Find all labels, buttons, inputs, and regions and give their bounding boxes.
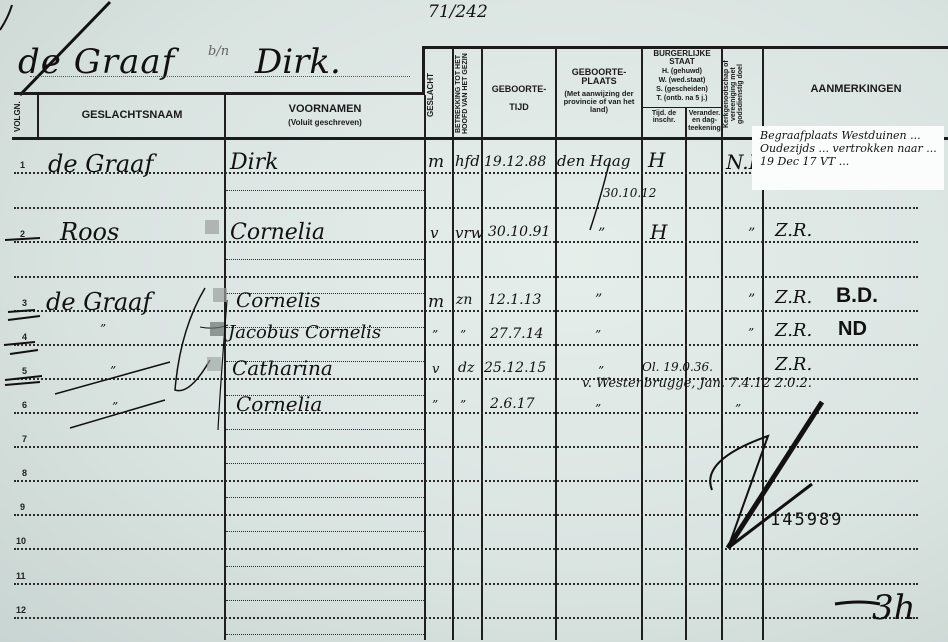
header-bs-h: H. (gehuwd) [643,68,721,75]
header-geboortetijd: GEBOORTE- TIJD [484,80,554,116]
row-line-8 [14,480,918,482]
row2-surname: Roos [60,218,119,246]
row2-religion: ” [748,226,755,242]
row5-relation: dz [458,360,474,376]
row3-relation: zn [456,292,472,308]
row2-relation: vrw [455,224,483,242]
header-burgerlijke-staat: BURGERLIJKE STAAT [643,50,721,67]
title-underline [30,76,410,77]
row-line-10 [14,548,918,550]
sub-line [226,497,424,498]
row4-sex: ” [432,328,438,342]
row-line-2b [14,276,918,278]
col-line-civil-split [685,108,687,640]
row6-sex: ” [432,398,438,412]
sub-line [226,566,424,567]
row6-first-names: Cornelia [236,392,322,416]
row2-remarks: Z.R. [775,220,812,241]
col-line-volgnr [37,95,39,139]
header-kerkgenootschap: Kerkgenootschap of vereeniging met godsd… [723,52,761,136]
row1-surname: de Graaf [48,150,153,178]
sub-line [226,634,424,635]
row3-remarks: Z.R. [775,287,812,308]
row3-birth-date: 12.1.13 [488,292,541,308]
card-title-annotation: b/n [208,44,229,59]
sub-line [226,463,424,464]
stamp-bd: B.D. [836,284,878,308]
row-line-11 [14,583,918,585]
header-bs-tijd: Tijd. de inschr. [643,110,685,125]
row1-civil-status: H [648,148,665,172]
row-line-1b [14,207,918,209]
row1-first-names: Dirk [230,150,279,175]
row4-surname: ” [100,322,106,336]
row-number: 11 [16,571,26,581]
row3-first-names: Cornelis [236,288,321,312]
row3-birth-place: ” [595,292,602,308]
header-geslachtsnaam: GESLACHTSNAAM [40,110,224,122]
col-line-firstnames [424,95,426,640]
row5-birth-date: 25.12.15 [484,360,546,376]
row5-surname: ” [110,364,116,378]
row4-first-names: Jacobus Cornelis [228,322,381,343]
row6-religion: ” [735,402,741,416]
row-line-7 [14,446,918,448]
civil-subheader-line [642,107,722,108]
row-number: 6 [22,400,27,410]
header-betrekking: BETREKKING TOT HET HOOFD VAN HET GEZIN [455,52,481,136]
row6-relation: ” [460,398,466,412]
row1-sex: m [428,152,444,172]
row1-birth-date: 19.12.88 [484,154,546,170]
header-geboorteplaats: GEBOORTE- PLAATS [557,68,641,87]
row2-first-names: Cornelia [230,220,325,245]
reference-number: 71/242 [428,2,488,22]
row5-remarks: Z.R. [775,354,812,375]
row1-birth-place: den Haag [557,152,630,170]
row2-civil-status: H [650,220,667,244]
row6-surname: ” [112,400,118,414]
row3-surname: de Graaf [46,288,151,316]
row6-birth-place: ” [595,402,601,416]
row-number: 5 [22,366,27,376]
header-bs-w: W. (wed.staat) [643,77,721,84]
row5-status-change: Ol. 19.0.36. [642,360,713,374]
archive-number: 145989 [770,510,843,530]
row-number: 1 [20,160,25,170]
row4-remarks: Z.R. [775,320,812,341]
stamp-nd: ND [838,318,867,341]
row-line-12 [14,617,918,619]
row-number: 3 [22,298,27,308]
row-number: 9 [20,502,25,512]
row5-marginal-note: v. Westenbrugge, Jan. 7.4.12 2.0.2. [582,376,812,391]
row3-sex: m [428,292,444,312]
row-number: 10 [16,536,26,546]
row4-birth-place: ” [595,328,601,342]
header-bs-verander: Verander. en dag- teekening [687,110,722,132]
sub-line [226,190,424,191]
row2-sex: v [430,224,438,242]
row2-birth-place: ” [598,226,605,242]
remarks-pasted-note: Begraafplaats Westduinen ... Oudezijds .… [752,126,944,190]
row2-birth-date: 30.10.91 [488,224,550,240]
row1-remarks: Begraafplaats Westduinen ... Oudezijds .… [760,129,942,168]
row5-sex: v [432,362,439,377]
row-number: 12 [16,605,26,615]
header-step-border [422,47,425,95]
header-top-border-left [14,92,424,95]
row4-relation: ” [460,328,466,342]
row3-religion: ” [748,292,755,308]
row4-religion: ” [748,326,754,340]
row-number: 2 [20,229,25,239]
row-number: 4 [22,332,27,342]
sub-line [226,600,424,601]
col-line-surname [224,95,226,640]
sub-line [226,259,424,260]
header-voornamen-sub: (Voluit geschreven) [226,119,424,127]
bottom-right-mark: 3h [872,588,916,628]
row5-first-names: Catharina [232,356,333,380]
row-line-4 [14,344,918,346]
header-bs-t: T. (ontb. na 5 j.) [643,95,721,102]
row1-status-change: 30.10.12 [603,186,656,200]
row-number: 8 [22,468,27,478]
header-bs-s: S. (gescheiden) [643,86,721,93]
row-number: 7 [22,434,27,444]
header-geboorteplaats-sub: (Met aanwijzing der provincie of van het… [557,90,641,114]
header-geslacht: GESLACHT [427,60,451,130]
row6-birth-date: 2.6.17 [490,396,535,412]
header-voornamen: VOORNAMEN [226,104,424,116]
sub-line [226,429,424,430]
row4-birth-date: 27.7.14 [490,326,543,342]
row1-relation: hfd [455,152,480,170]
sub-line [226,531,424,532]
header-aanmerkingen: AANMERKINGEN [764,84,948,96]
register-card: 71/242 de Graaf b/n Dirk. VOLGN. GESLACH… [0,0,948,642]
header-volgnr: VOLGN. [14,98,34,136]
row-line-6 [14,412,918,414]
